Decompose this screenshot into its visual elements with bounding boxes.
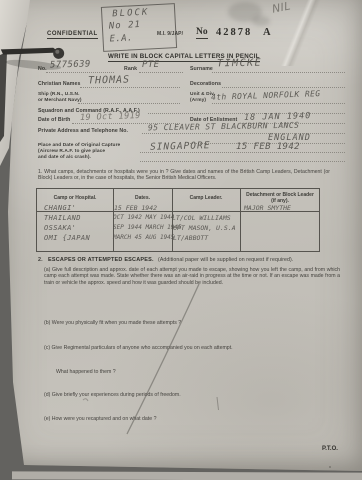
unit-value: 4th ROYAL NORFOLK REG <box>211 89 321 102</box>
christian-names-value: THOMAS <box>88 74 130 86</box>
stamp-line1: BLOCK <box>112 7 150 19</box>
case-number: 42878 <box>216 27 252 38</box>
field-line <box>222 87 345 88</box>
question2-title: ESCAPES OR ATTEMPTED ESCAPES. <box>48 257 154 263</box>
pencil-smudge <box>252 16 270 26</box>
question2e-text: (e) How were you recaptured and on what … <box>44 416 340 422</box>
stamp-line2: No 21 <box>109 20 142 32</box>
field-line <box>46 72 114 73</box>
leader-cell: LT/COL WILLIAMS <box>172 214 231 222</box>
field-line <box>212 72 345 73</box>
table-divider <box>240 189 241 251</box>
rank-value: PTE <box>142 60 159 70</box>
field-line <box>212 103 345 104</box>
field-line <box>80 87 180 88</box>
unit-label2: (Army) <box>190 98 206 103</box>
document-paper: CONFIDENTIAL BLOCK No 21 E.A. NIL M.I. 9… <box>0 0 362 472</box>
surname-value: TIMCKE <box>217 58 262 70</box>
confidential-marking: CONFIDENTIAL <box>47 31 98 39</box>
surname-label: Surname <box>190 66 213 72</box>
date-of-birth-label: Date of Birth <box>38 117 70 123</box>
date-of-birth-value: 19 Oct 1919 <box>80 111 141 123</box>
field-line <box>140 161 345 162</box>
reference-prefix: M.I. 9/JAP/ <box>157 31 183 37</box>
camp-cell: OMI {JAPAN <box>44 234 90 242</box>
service-number-value: 5775639 <box>50 59 91 70</box>
capture-place-value: SINGAPORE <box>150 140 211 153</box>
detachment-cell: MAJOR SMYTHE <box>244 204 291 212</box>
field-line <box>142 133 345 134</box>
dates-cell: SEP 1944 MARCH 1945 <box>113 224 182 231</box>
capture-label: Place and Date of Original Capture <box>38 143 120 148</box>
camp-cell: THAILAND <box>44 214 81 222</box>
col-header-camp: Camp or Hospital. <box>39 196 111 202</box>
question2-note: (Additional paper will be supplied on re… <box>158 257 293 263</box>
address-value: 95 CLEAVER ST BLACKBURN LANCS <box>148 121 299 133</box>
scanned-pow-questionnaire: CONFIDENTIAL BLOCK No 21 E.A. NIL M.I. 9… <box>0 0 362 480</box>
case-suffix: A <box>263 27 271 38</box>
dates-cell: 15 FEB 1942 <box>114 204 157 212</box>
ship-label2: or Merchant Navy) <box>38 98 82 103</box>
decorations-label: Decorations <box>190 81 221 87</box>
field-line <box>139 72 183 73</box>
block-number-stamp: BLOCK No 21 E.A. <box>101 3 177 52</box>
dates-cell: MARCH 45 AUG 1945 <box>113 234 174 241</box>
col-header-leader2: Camp Leader. <box>174 196 238 202</box>
question2c-text: (c) Give Regimental particulars of anyon… <box>44 345 340 351</box>
camp-cell: OSSAKA' <box>44 224 76 232</box>
question2d-text: (d) Give briefly your experiences during… <box>44 392 340 398</box>
field-line <box>78 103 180 104</box>
sheet-below-edge <box>12 471 362 480</box>
question2a-text: (a) Give full description and approx. da… <box>44 267 340 286</box>
leader-cell: CPT MASON, U.S.A <box>173 224 236 232</box>
number-abbrev: No <box>196 27 208 39</box>
camp-cell: CHANGI' <box>44 204 76 212</box>
col-header-detachment: Detachment or Block Leader (if any). <box>244 193 316 205</box>
question2b-text: (b) Were you physically fit when you mad… <box>44 320 340 326</box>
pto-marking: P.T.O. <box>322 446 338 452</box>
question1-text: 1. What camps, detachments or hospitals … <box>38 169 330 182</box>
address-label: Private Address and Telephone No. <box>38 128 128 134</box>
stamp-line3: E.A. <box>109 33 133 44</box>
christian-names-label: Christian Names <box>38 81 80 87</box>
leader-cell: LT/ABBOTT <box>173 234 208 242</box>
col-header-dates: Dates. <box>115 196 170 202</box>
dates-cell: OCT 1942 MAY 1944 <box>113 214 174 221</box>
question2c2-text: What happened to them ? <box>56 369 256 375</box>
capture-date-value: 15 FEB 1942 <box>236 142 300 152</box>
capture-label2: (Aircrew R.A.F. to give place <box>38 149 105 154</box>
question2-number: 2. <box>38 257 43 263</box>
rank-label: Rank <box>124 66 137 72</box>
capture-label3: and date of a/c crash). <box>38 155 91 160</box>
ship-label: Ship (R.N., U.S.N. <box>38 92 80 97</box>
